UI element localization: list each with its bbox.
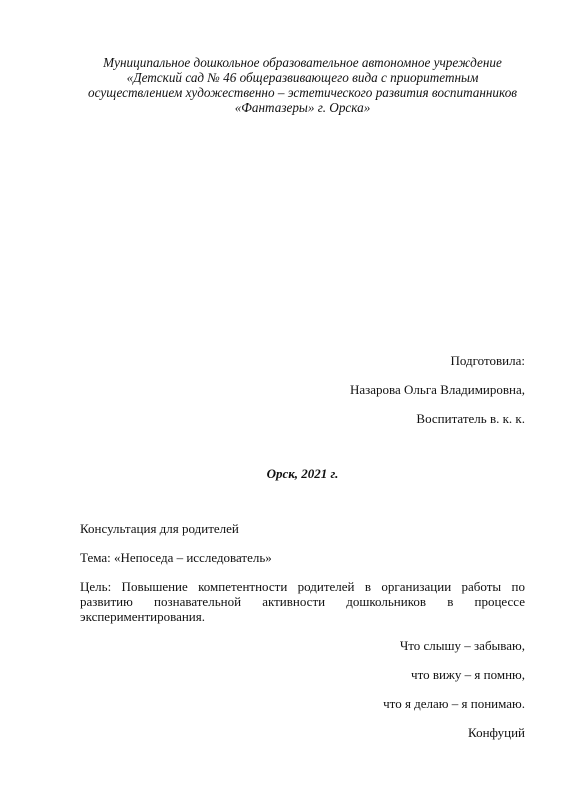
organization-line: Муниципальное дошкольное образовательное…	[75, 55, 530, 70]
consultation-title: Консультация для родителей	[80, 521, 525, 536]
author-name: Назарова Ольга Владимировна,	[80, 382, 525, 397]
document-page: Муниципальное дошкольное образовательное…	[0, 0, 566, 800]
organization-line: «Фантазеры» г. Орска»	[75, 100, 530, 115]
prepared-by-label: Подготовила:	[80, 353, 525, 368]
epigraph-line: Что слышу – забываю,	[80, 638, 525, 653]
place-year: Орск, 2021 г.	[80, 466, 525, 481]
epigraph-line: что я делаю – я понимаю.	[80, 696, 525, 711]
author-position: Воспитатель в. к. к.	[80, 411, 525, 426]
epigraph-attribution: Конфуций	[80, 725, 525, 740]
organization-line: «Детский сад № 46 общеразвивающего вида …	[75, 70, 530, 85]
organization-line: осуществлением художественно – эстетичес…	[75, 85, 530, 100]
consultation-goal: Цель: Повышение компетентности родителей…	[80, 579, 525, 624]
organization-header: Муниципальное дошкольное образовательное…	[75, 55, 530, 115]
epigraph-line: что вижу – я помню,	[80, 667, 525, 682]
consultation-topic: Тема: «Непоседа – исследователь»	[80, 550, 525, 565]
